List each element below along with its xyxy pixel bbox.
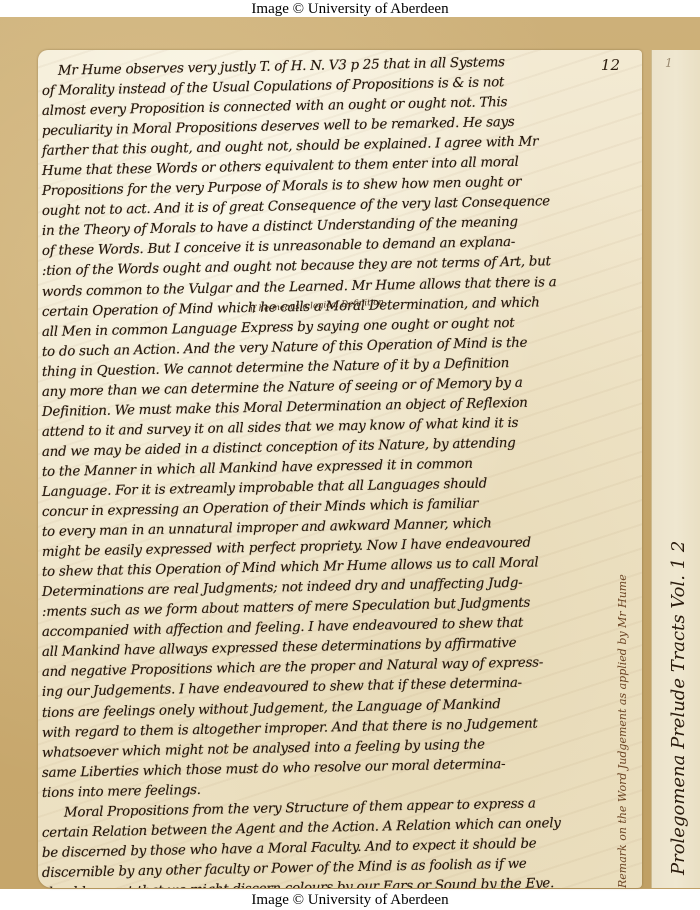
archival-mount-background: 12 Mr Hume observes very justly T. of H.…: [0, 17, 700, 889]
adjacent-page-margin-note: Prolegomena Prelude Tracts Vol. 1 2: [668, 541, 689, 875]
image-credit-top: Image © University of Aberdeen: [0, 0, 700, 18]
image-credit-bottom: Image © University of Aberdeen: [0, 891, 700, 909]
adjacent-page-edge: 1 Prolegomena Prelude Tracts Vol. 1 2: [651, 50, 700, 888]
manuscript-page: 12 Mr Hume observes very justly T. of H.…: [38, 50, 642, 888]
margin-annotation: Remark on the Word Judgement as applied …: [616, 574, 629, 888]
manuscript-viewer: Image © University of Aberdeen 12 Mr Hum…: [0, 0, 700, 910]
manuscript-text-lines: Mr Hume observes very justly T. of H. N.…: [42, 62, 622, 888]
adjacent-page-number: 1: [665, 56, 673, 70]
